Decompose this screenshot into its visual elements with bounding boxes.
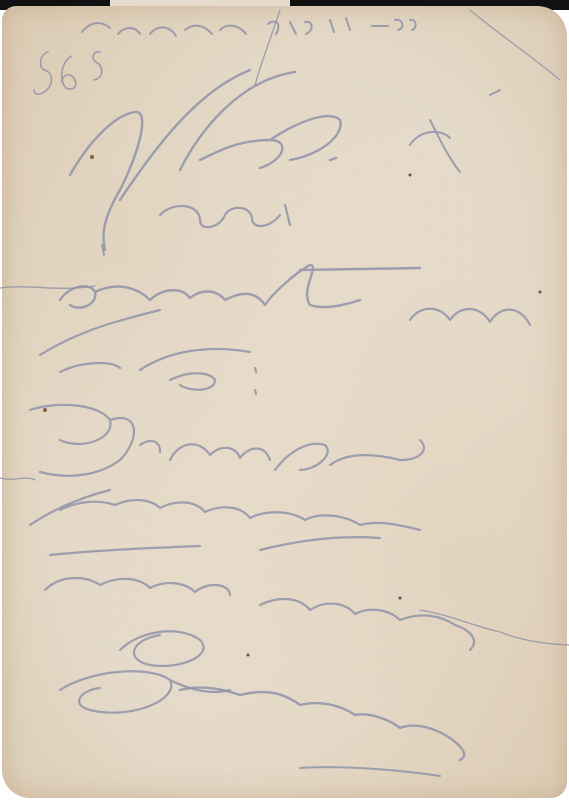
stain-dot (399, 597, 402, 600)
stain-dot (247, 654, 250, 657)
line-1-ink (70, 112, 142, 250)
inventory-number-ink (34, 52, 102, 94)
stain-dot (409, 174, 412, 177)
signature-ink (180, 688, 464, 760)
line-3-mia-ink (410, 309, 530, 325)
line-5-ink (30, 405, 424, 476)
line-6-underline (50, 546, 200, 555)
handwriting-layer (0, 0, 569, 800)
line-1-ink-c (410, 90, 500, 172)
crease-left-2 (0, 478, 35, 480)
signature-underline (300, 767, 440, 776)
stain-dot (539, 291, 542, 294)
crease-top-right (470, 10, 560, 80)
line-1-ink-b (120, 70, 341, 200)
line-2-ink (160, 205, 290, 227)
line-4-ink (40, 310, 256, 394)
line-6-ink (30, 490, 420, 550)
line-8-ink (60, 631, 230, 712)
header-note-ink (82, 23, 246, 36)
header-date-ink (268, 18, 416, 34)
crease-right (420, 610, 569, 645)
line-3-ink (60, 265, 420, 308)
stain-dot (90, 155, 94, 159)
stain-dot (43, 408, 47, 412)
line-7-ink (45, 578, 474, 650)
